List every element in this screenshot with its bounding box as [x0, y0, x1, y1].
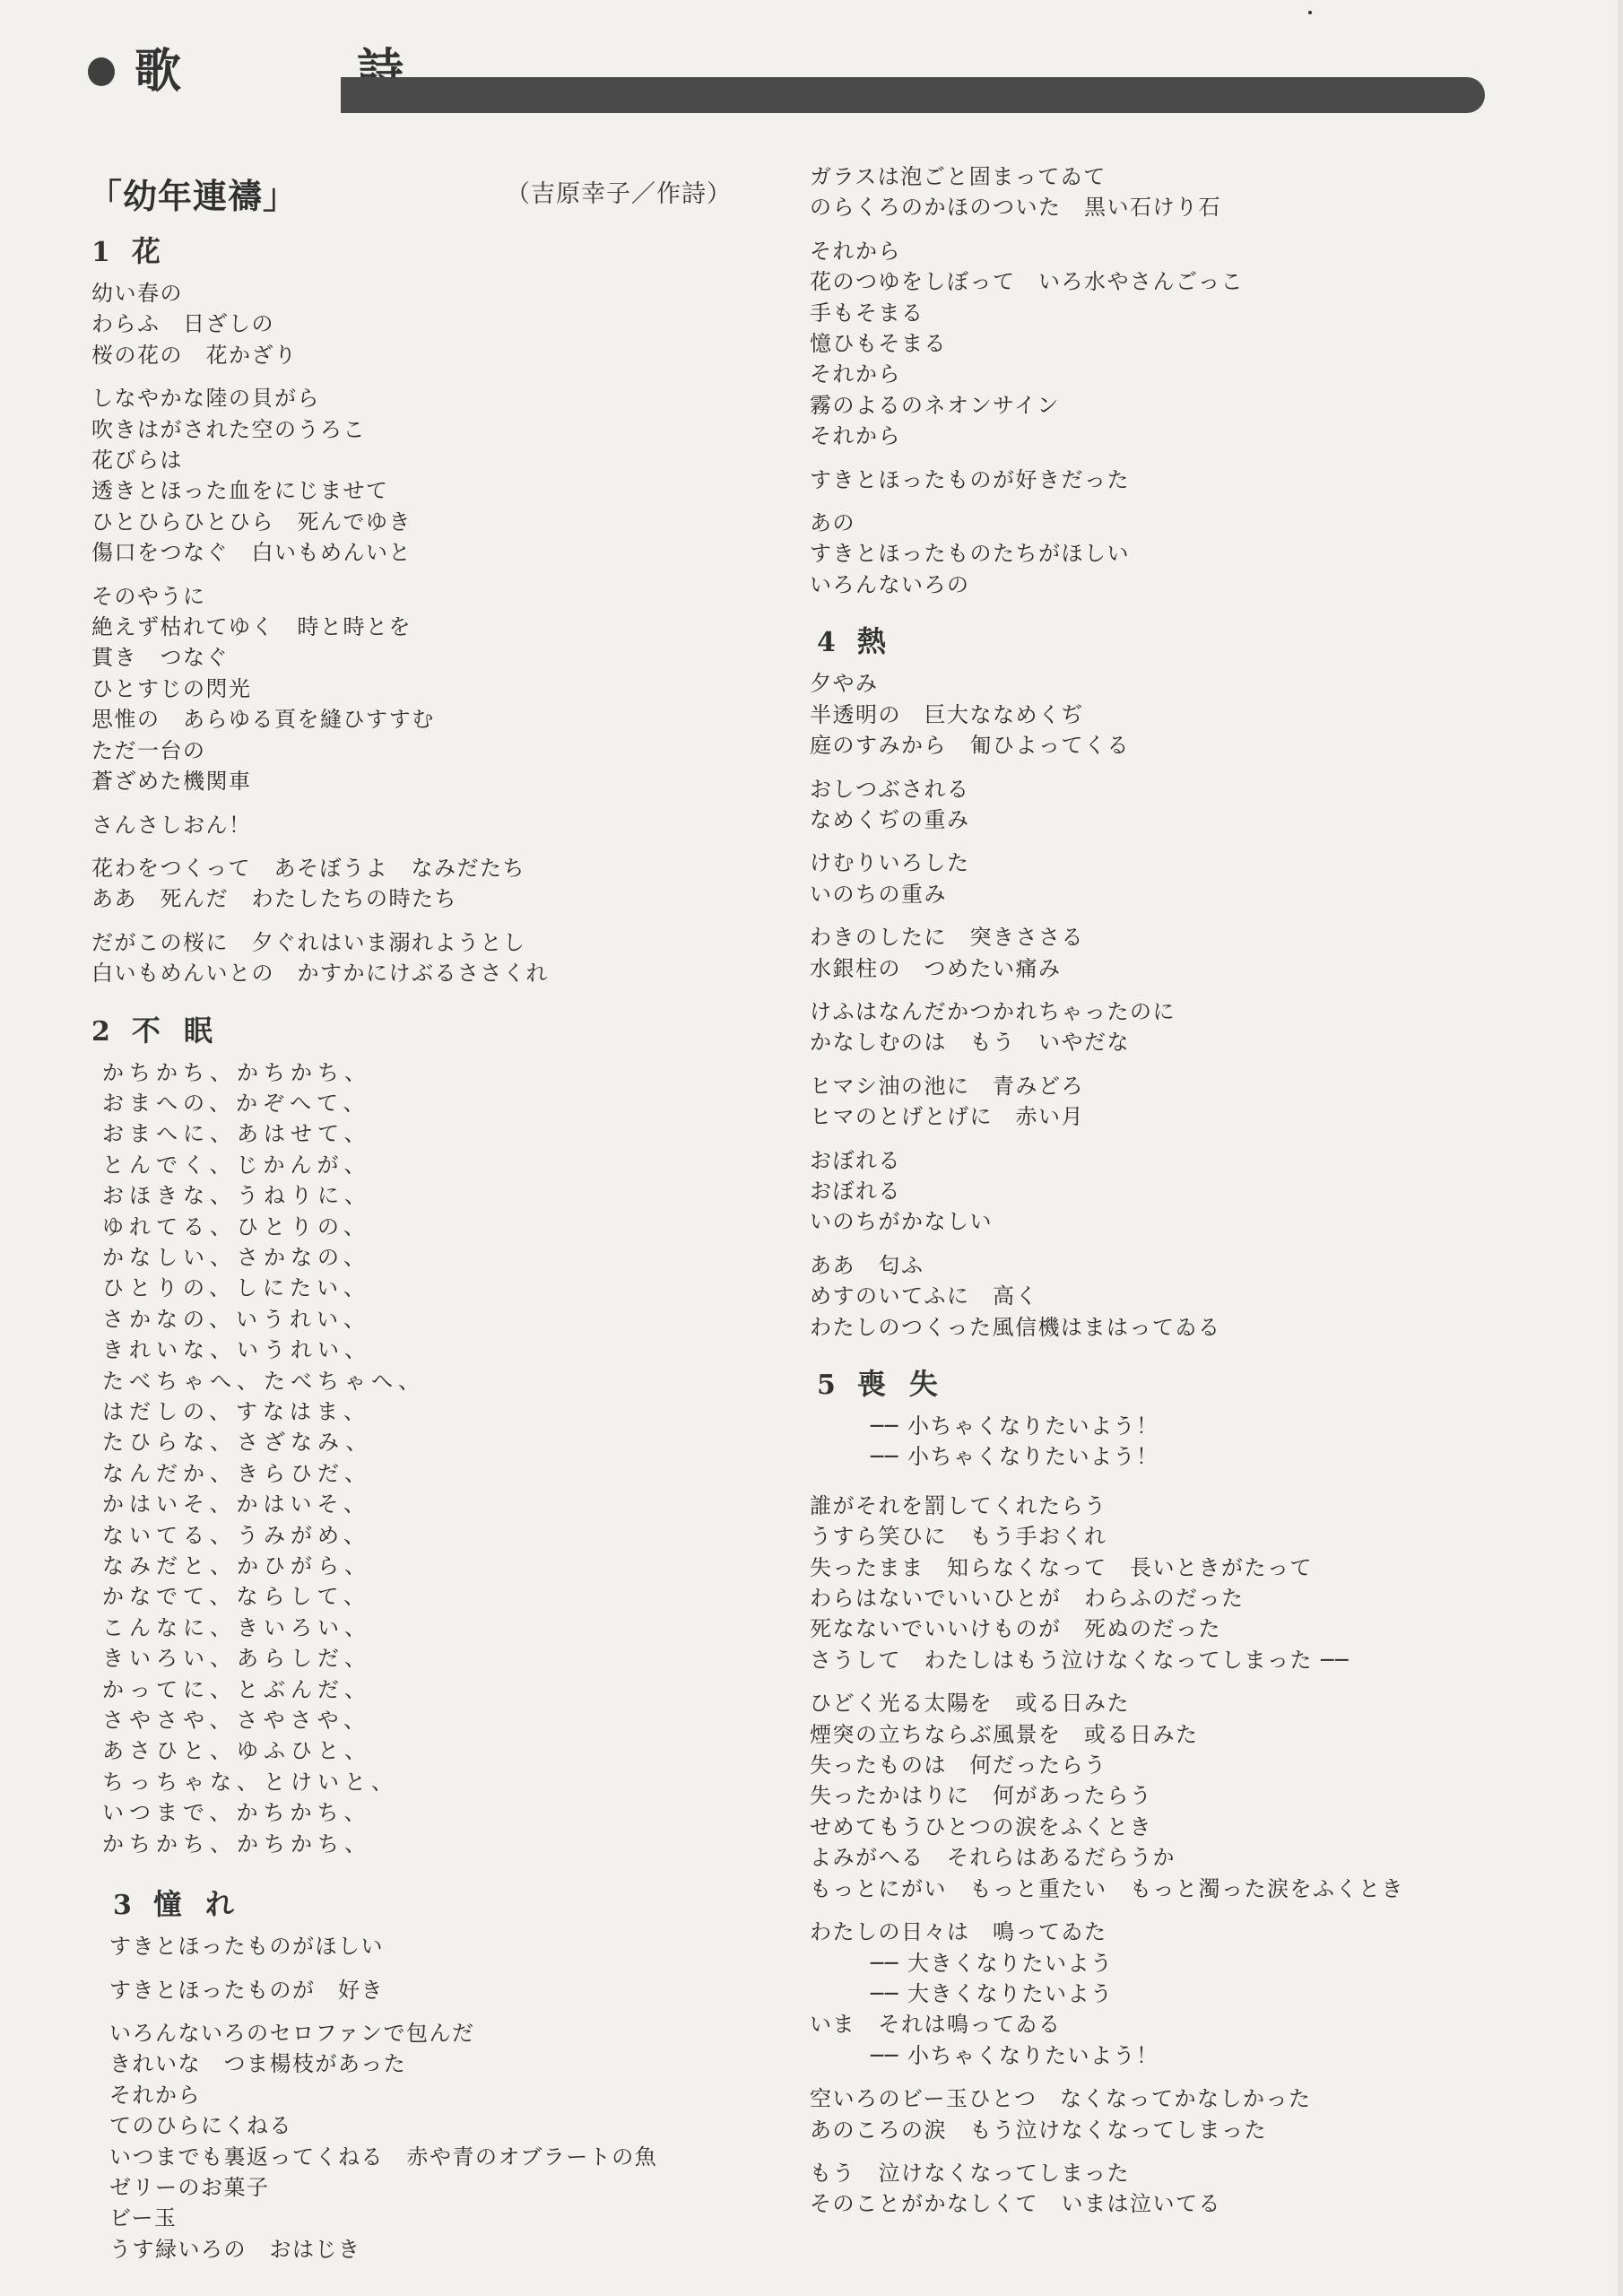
verse-line: おしつぶされる [810, 774, 1599, 804]
header-rule-bar [341, 77, 1485, 113]
verse-line: のらくろのかほのついた 黒い石けり石 [810, 192, 1599, 222]
verse-line: ああ 死んだ わたしたちの時たち [91, 883, 791, 914]
stanza: かちかち、かちかち、 おまへの、かぞへて、 おまへに、あはせて、 とんでく、じか… [91, 1057, 791, 1860]
verse-line: ── 小ちゃくなりたいよう！ [810, 1441, 1599, 1472]
verse-line: さんさしおん！ [91, 810, 791, 840]
verse-line: ── 大きくなりたいよう [810, 1948, 1599, 1979]
verse-line: 白いもめんいとの かすかにけぶるささくれ [91, 958, 791, 988]
verse-line: 庭のすみから 匍ひよってくる [810, 730, 1599, 761]
verse-line: きれいな つま楊枝があった [109, 2048, 791, 2079]
verse-line: わたしのつくった風信機はまはってゐる [810, 1312, 1599, 1343]
verse-line: しなやかな陸の貝がら [91, 383, 791, 413]
verse-line: わきのしたに 突きささる [810, 922, 1599, 952]
stanza: すきとほったものが好きだった [810, 465, 1599, 495]
verse-line: 貫き つなぐ [91, 642, 791, 673]
verse-line: ゼリーのお菓子 [109, 2172, 791, 2203]
verse-line: ── 小ちゃくなりたいよう！ [810, 2040, 1599, 2071]
page-header: 歌 詩 [88, 39, 1487, 102]
verse-line: 水銀柱の つめたい痛み [810, 953, 1599, 984]
verse-line: いろんないろのセロファンで包んだ [109, 2018, 791, 2048]
section-1: 1花 幼い春の わらふ 日ざしの 桜の花の 花かざり しなやかな陸の貝がら 吹き… [91, 226, 791, 989]
stanza: ヒマシ油の池に 青みどろ ヒマのとげとげに 赤い月 [810, 1071, 1599, 1133]
verse-line: なみだと、かひがら、 [102, 1551, 791, 1581]
verse-line: こんなに、きいろい、 [102, 1613, 791, 1643]
verse-line: 吹きはがされた空のうろこ [91, 414, 791, 445]
verse-line: おまへに、あはせて、 [102, 1118, 791, 1149]
stanza: けむりいろした いのちの重み [810, 848, 1599, 909]
verse-line: 花のつゆをしぼって いろ水やさんごっこ [810, 266, 1599, 297]
paper-speck [1308, 11, 1312, 14]
page-edge [1618, 0, 1623, 2296]
stanza: さんさしおん！ [91, 810, 791, 840]
verse-line: すきとほったものたちがほしい [810, 538, 1599, 569]
verse-line: ひどく光る太陽を 或る日みた [810, 1688, 1599, 1718]
stanza: いろんないろのセロファンで包んだ きれいな つま楊枝があった それから てのひら… [91, 2018, 791, 2265]
verse-line: わらはないでいいひとが わらふのだった [810, 1583, 1599, 1613]
stanza: ああ 匂ふ めすのいてふに 高く わたしのつくった風信機はまはってゐる [810, 1250, 1599, 1343]
verse-line: いつまで、かちかち、 [102, 1797, 791, 1828]
section-name: 憧れ [153, 1887, 257, 1921]
section-4: 4熱 夕やみ 半透明の 巨大ななめくぢ 庭のすみから 匍ひよってくる おしつぶさ… [810, 616, 1599, 1343]
verse-line: 空いろのビー玉ひとつ なくなってかなしかった [810, 2083, 1599, 2114]
verse-line: いま それは鳴ってゐる [810, 2009, 1599, 2039]
verse-line: 花びらは [91, 445, 791, 475]
section-2: 2不眠 かちかち、かちかち、 おまへの、かぞへて、 おまへに、あはせて、 とんで… [91, 1005, 791, 1860]
stanza: けふはなんだかつかれちゃったのに かなしむのは もう いやだな [810, 996, 1599, 1058]
poem-title: 「幼年連禱」 [88, 169, 298, 218]
verse-line: ガラスは泡ごと固まってゐて [810, 161, 1599, 192]
verse-line: きれいな、いうれい、 [102, 1335, 791, 1365]
section-5: 5喪失 ── 小ちゃくなりたいよう！ ── 小ちゃくなりたいよう！ 誰がそれを罰… [810, 1359, 1599, 2220]
verse-line: それから [109, 2080, 791, 2110]
section-name: 熱 [857, 624, 888, 658]
stanza: 花わをつくって あそぼうよ なみだたち ああ 死んだ わたしたちの時たち [91, 853, 791, 915]
verse-line: すきとほったものが好きだった [810, 465, 1599, 495]
section-number: 1 [91, 237, 112, 268]
section-3: 3憧れ すきとほったものがほしい すきとほったものが 好き いろんないろのセロフ… [91, 1879, 791, 2265]
section-heading: 4熱 [810, 616, 1599, 668]
verse-line: ヒマシ油の池に 青みどろ [810, 1071, 1599, 1101]
verse-line: うすら笑ひに もう手おくれ [810, 1521, 1599, 1552]
verse-line: おぼれる [810, 1176, 1599, 1206]
verse-line: さうして わたしはもう泣けなくなってしまった ── [810, 1645, 1599, 1675]
verse-line: ないてる、うみがめ、 [102, 1520, 791, 1551]
verse-line: かなしい、さかなの、 [102, 1242, 791, 1273]
stanza: おぼれる おぼれる いのちがかなしい [810, 1145, 1599, 1238]
section-name: 不眠 [132, 1013, 236, 1048]
stanza: ガラスは泡ごと固まってゐて のらくろのかほのついた 黒い石けり石 [810, 161, 1599, 223]
stanza: そのやうに 絶えず枯れてゆく 時と時とを 貫き つなぐ ひとすじの閃光 思惟の … [91, 581, 791, 797]
verse-line: きいろい、あらしだ、 [102, 1643, 791, 1674]
verse-line: 傷口をつなぐ 白いもめんいと [91, 537, 791, 568]
verse-line: かなでて、ならして、 [102, 1581, 791, 1612]
verse-line: 死なないでいいけものが 死ぬのだった [810, 1613, 1599, 1644]
stanza: すきとほったものが 好き [91, 1975, 791, 2005]
verse-line: それから [810, 236, 1599, 266]
stanza: わたしの日々は 鳴ってゐた ── 大きくなりたいよう ── 大きくなりたいよう … [810, 1917, 1599, 2071]
verse-line: わたしの日々は 鳴ってゐた [810, 1917, 1599, 1947]
poem-author: （吉原幸子／作詩） [506, 174, 732, 209]
stanza: あの すきとほったものたちがほしい いろんないろの [810, 508, 1599, 600]
verse-line: わらふ 日ざしの [91, 309, 791, 339]
verse-line: めすのいてふに 高く [810, 1281, 1599, 1311]
verse-line: それから [810, 421, 1599, 451]
verse-line: さやさや、さやさや、 [102, 1705, 791, 1735]
verse-line: かはいそ、かはいそ、 [102, 1489, 791, 1519]
verse-line: ひとすじの閃光 [91, 674, 791, 704]
verse-line: けふはなんだかつかれちゃったのに [810, 996, 1599, 1027]
verse-line: 半透明の 巨大ななめくぢ [810, 700, 1599, 730]
verse-line: かなしむのは もう いやだな [810, 1027, 1599, 1057]
verse-line: けむりいろした [810, 848, 1599, 878]
section-heading: 5喪失 [810, 1359, 1599, 1411]
verse-line: 手もそまる [810, 298, 1599, 328]
verse-line: 花わをつくって あそぼうよ なみだたち [91, 853, 791, 883]
section-number: 2 [91, 1016, 112, 1048]
section-heading: 1花 [91, 226, 791, 278]
verse-line: なんだか、きらひだ、 [102, 1458, 791, 1489]
verse-line: 煙突の立ちならぶ風景を 或る日みた [810, 1719, 1599, 1750]
verse-line: ── 大きくなりたいよう [810, 1979, 1599, 2009]
verse-line: いつまでも裏返ってくねる 赤や青のオブラートの魚 [109, 2142, 791, 2172]
verse-line: ただ一台の [91, 735, 791, 766]
stanza: わきのしたに 突きささる 水銀柱の つめたい痛み [810, 922, 1599, 984]
verse-line: あさひと、ゆふひと、 [102, 1735, 791, 1766]
verse-line: 桜の花の 花かざり [91, 340, 791, 370]
section-name: 花 [132, 234, 162, 268]
verse-line: ビー玉 [109, 2203, 791, 2233]
right-column: ガラスは泡ごと固まってゐて のらくろのかほのついた 黒い石けり石 それから 花の… [810, 161, 1599, 2232]
verse-line: いのちがかなしい [810, 1206, 1599, 1237]
verse-line: てのひらにくねる [109, 2110, 791, 2141]
verse-line: かってに、とぶんだ、 [102, 1674, 791, 1705]
section-number: 5 [817, 1370, 838, 1401]
verse-line: あの [810, 508, 1599, 538]
stanza: それから 花のつゆをしぼって いろ水やさんごっこ 手もそまる 憶ひもそまる それ… [810, 236, 1599, 452]
verse-line: そのことがかなしくて いまは泣いてる [810, 2188, 1599, 2219]
verse-line: 失ったものは 何だったらう [810, 1750, 1599, 1780]
poem-heading: 「幼年連禱」 （吉原幸子／作詩） [91, 169, 791, 226]
verse-line: たひらな、さざなみ、 [102, 1427, 791, 1457]
section-heading: 3憧れ [91, 1879, 791, 1931]
verse-line: せめてもうひとつの涙をふくとき [810, 1812, 1599, 1842]
stanza: 夕やみ 半透明の 巨大ななめくぢ 庭のすみから 匍ひよってくる [810, 668, 1599, 761]
stanza: だがこの桜に 夕ぐれはいま溺れようとし 白いもめんいとの かすかにけぶるささくれ [91, 927, 791, 989]
section-number: 4 [817, 627, 838, 658]
verse-line: ああ 匂ふ [810, 1250, 1599, 1281]
section-name: 喪失 [857, 1367, 961, 1401]
verse-line: もう 泣けなくなってしまった [810, 2158, 1599, 2188]
verse-line: 憶ひもそまる [810, 328, 1599, 359]
verse-line: ゆれてる、ひとりの、 [102, 1212, 791, 1242]
verse-line: おぼれる [810, 1145, 1599, 1176]
verse-line: 誰がそれを罰してくれたらう [810, 1491, 1599, 1521]
verse-line: もっとにがい もっと重たい もっと濁った涙をふくとき [810, 1874, 1599, 1904]
verse-line: 幼い春の [91, 278, 791, 309]
verse-line: ちっちゃな、とけいと、 [102, 1767, 791, 1797]
left-column: 「幼年連禱」 （吉原幸子／作詩） 1花 幼い春の わらふ 日ざしの 桜の花の 花… [91, 169, 791, 2277]
verse-line: 透きとほった血をにじませて [91, 475, 791, 506]
verse-line: 夕やみ [810, 668, 1599, 699]
verse-line: 絶えず枯れてゆく 時と時とを [91, 612, 791, 642]
verse-line: なめくぢの重み [810, 804, 1599, 835]
verse-line: すきとほったものが 好き [109, 1975, 791, 2005]
stanza: ひどく光る太陽を 或る日みた 煙突の立ちならぶ風景を 或る日みた 失ったものは … [810, 1688, 1599, 1904]
verse-line: おまへの、かぞへて、 [102, 1088, 791, 1118]
verse-line: かちかち、かちかち、 [102, 1829, 791, 1859]
section-number: 3 [113, 1890, 134, 1921]
verse-line: 失ったまま 知らなくなって 長いときがたって [810, 1552, 1599, 1583]
verse-line: 失ったかはりに 何があったらう [810, 1780, 1599, 1811]
verse-line: いのちの重み [810, 879, 1599, 909]
verse-line: すきとほったものがほしい [109, 1931, 791, 1961]
verse-line: おほきな、うねりに、 [102, 1180, 791, 1211]
verse-line: たべちゃへ、たべちゃへ、 [102, 1366, 791, 1396]
verse-line: 霧のよるのネオンサイン [810, 390, 1599, 421]
verse-line: ── 小ちゃくなりたいよう！ [810, 1411, 1599, 1441]
bullet-dot-icon [88, 57, 115, 86]
verse-line: ひとひらひとひら 死んでゆき [91, 507, 791, 537]
verse-line: 思惟の あらゆる頁を縫ひすすむ [91, 704, 791, 735]
verse-line: 蒼ざめた機関車 [91, 766, 791, 796]
verse-line: うす緑いろの おはじき [109, 2234, 791, 2265]
stanza: もう 泣けなくなってしまった そのことがかなしくて いまは泣いてる [810, 2158, 1599, 2220]
verse-line: いろんないろの [810, 570, 1599, 600]
verse-line: ひとりの、しにたい、 [102, 1273, 791, 1303]
verse-line: さかなの、いうれい、 [102, 1304, 791, 1335]
stanza: 空いろのビー玉ひとつ なくなってかなしかった あのころの涙 もう泣けなくなってし… [810, 2083, 1599, 2145]
verse-line: そのやうに [91, 581, 791, 612]
verse-line: だがこの桜に 夕ぐれはいま溺れようとし [91, 927, 791, 958]
stanza: おしつぶされる なめくぢの重み [810, 774, 1599, 836]
verse-line: よみがへる それらはあるだらうか [810, 1842, 1599, 1873]
verse-line: かちかち、かちかち、 [102, 1057, 791, 1088]
section-heading: 2不眠 [91, 1005, 791, 1057]
stanza: すきとほったものがほしい [91, 1931, 791, 1961]
stanza: 幼い春の わらふ 日ざしの 桜の花の 花かざり [91, 278, 791, 370]
verse-line: とんでく、じかんが、 [102, 1150, 791, 1180]
stanza: ── 小ちゃくなりたいよう！ ── 小ちゃくなりたいよう！ [810, 1411, 1599, 1473]
verse-line: ヒマのとげとげに 赤い月 [810, 1101, 1599, 1132]
stanza: 誰がそれを罰してくれたらう うすら笑ひに もう手おくれ 失ったまま 知らなくなっ… [810, 1491, 1599, 1675]
verse-line: はだしの、すなはま、 [102, 1396, 791, 1427]
stanza: しなやかな陸の貝がら 吹きはがされた空のうろこ 花びらは 透きとほった血をにじま… [91, 383, 791, 568]
verse-line: それから [810, 359, 1599, 389]
verse-line: あのころの涙 もう泣けなくなってしまった [810, 2115, 1599, 2145]
